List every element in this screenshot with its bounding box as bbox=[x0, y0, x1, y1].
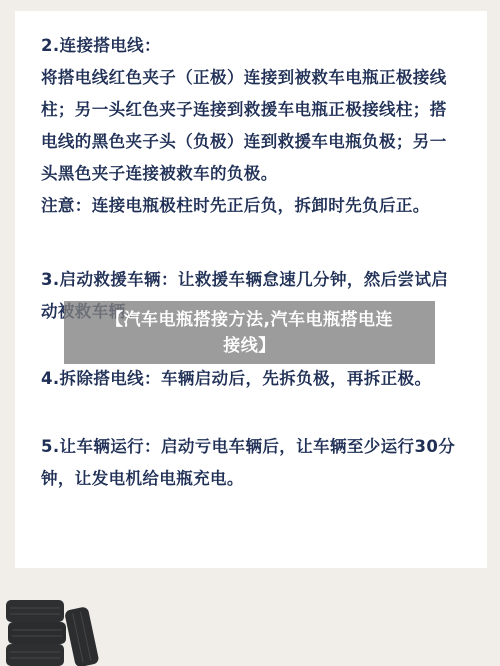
step-5-text: 5.让车辆运行：启动亏电车辆后，让车辆至少运行30分 bbox=[41, 431, 491, 463]
step-4-text: 4.拆除搭电线：车辆启动后，先拆负极，再拆正极。 bbox=[41, 363, 491, 395]
step-2-note: 注意：连接电瓶极柱时先正后负，拆卸时先负后正。 bbox=[41, 190, 491, 222]
step-2-connect-cables: 2.连接搭电线： 将搭电线红色夹子（正极）连接到被救车电瓶正极接线 柱；另一头红… bbox=[41, 30, 491, 222]
step-2-text: 头黑色夹子连接被救车的负极。 bbox=[41, 158, 491, 190]
tire-stack-icon bbox=[4, 600, 99, 666]
step-2-text: 柱；另一头红色夹子连接到救援车电瓶正极接线柱；搭 bbox=[41, 94, 491, 126]
title-overlay: 【汽车电瓶搭接方法,汽车电瓶搭电连 接线】 bbox=[64, 301, 435, 364]
overlay-title-line-1: 【汽车电瓶搭接方法,汽车电瓶搭电连 bbox=[64, 307, 435, 333]
step-2-text: 将搭电线红色夹子（正极）连接到被救车电瓶正极接线 bbox=[41, 62, 491, 94]
step-5-run-vehicle: 5.让车辆运行：启动亏电车辆后，让车辆至少运行30分 钟，让发电机给电瓶充电。 bbox=[41, 431, 491, 495]
step-2-heading: 2.连接搭电线： bbox=[41, 30, 491, 62]
step-2-text: 电线的黑色夹子头（负极）连到救援车电瓶负极；另一 bbox=[41, 126, 491, 158]
overlay-title-line-2: 接线】 bbox=[64, 333, 435, 359]
step-4-remove-cables: 4.拆除搭电线：车辆启动后，先拆负极，再拆正极。 bbox=[41, 363, 491, 395]
step-3-text: 3.启动救援车辆：让救援车辆怠速几分钟，然后尝试启 bbox=[41, 264, 491, 296]
step-5-text: 钟，让发电机给电瓶充电。 bbox=[41, 463, 491, 495]
instruction-card: 2.连接搭电线： 将搭电线红色夹子（正极）连接到被救车电瓶正极接线 柱；另一头红… bbox=[15, 11, 487, 568]
